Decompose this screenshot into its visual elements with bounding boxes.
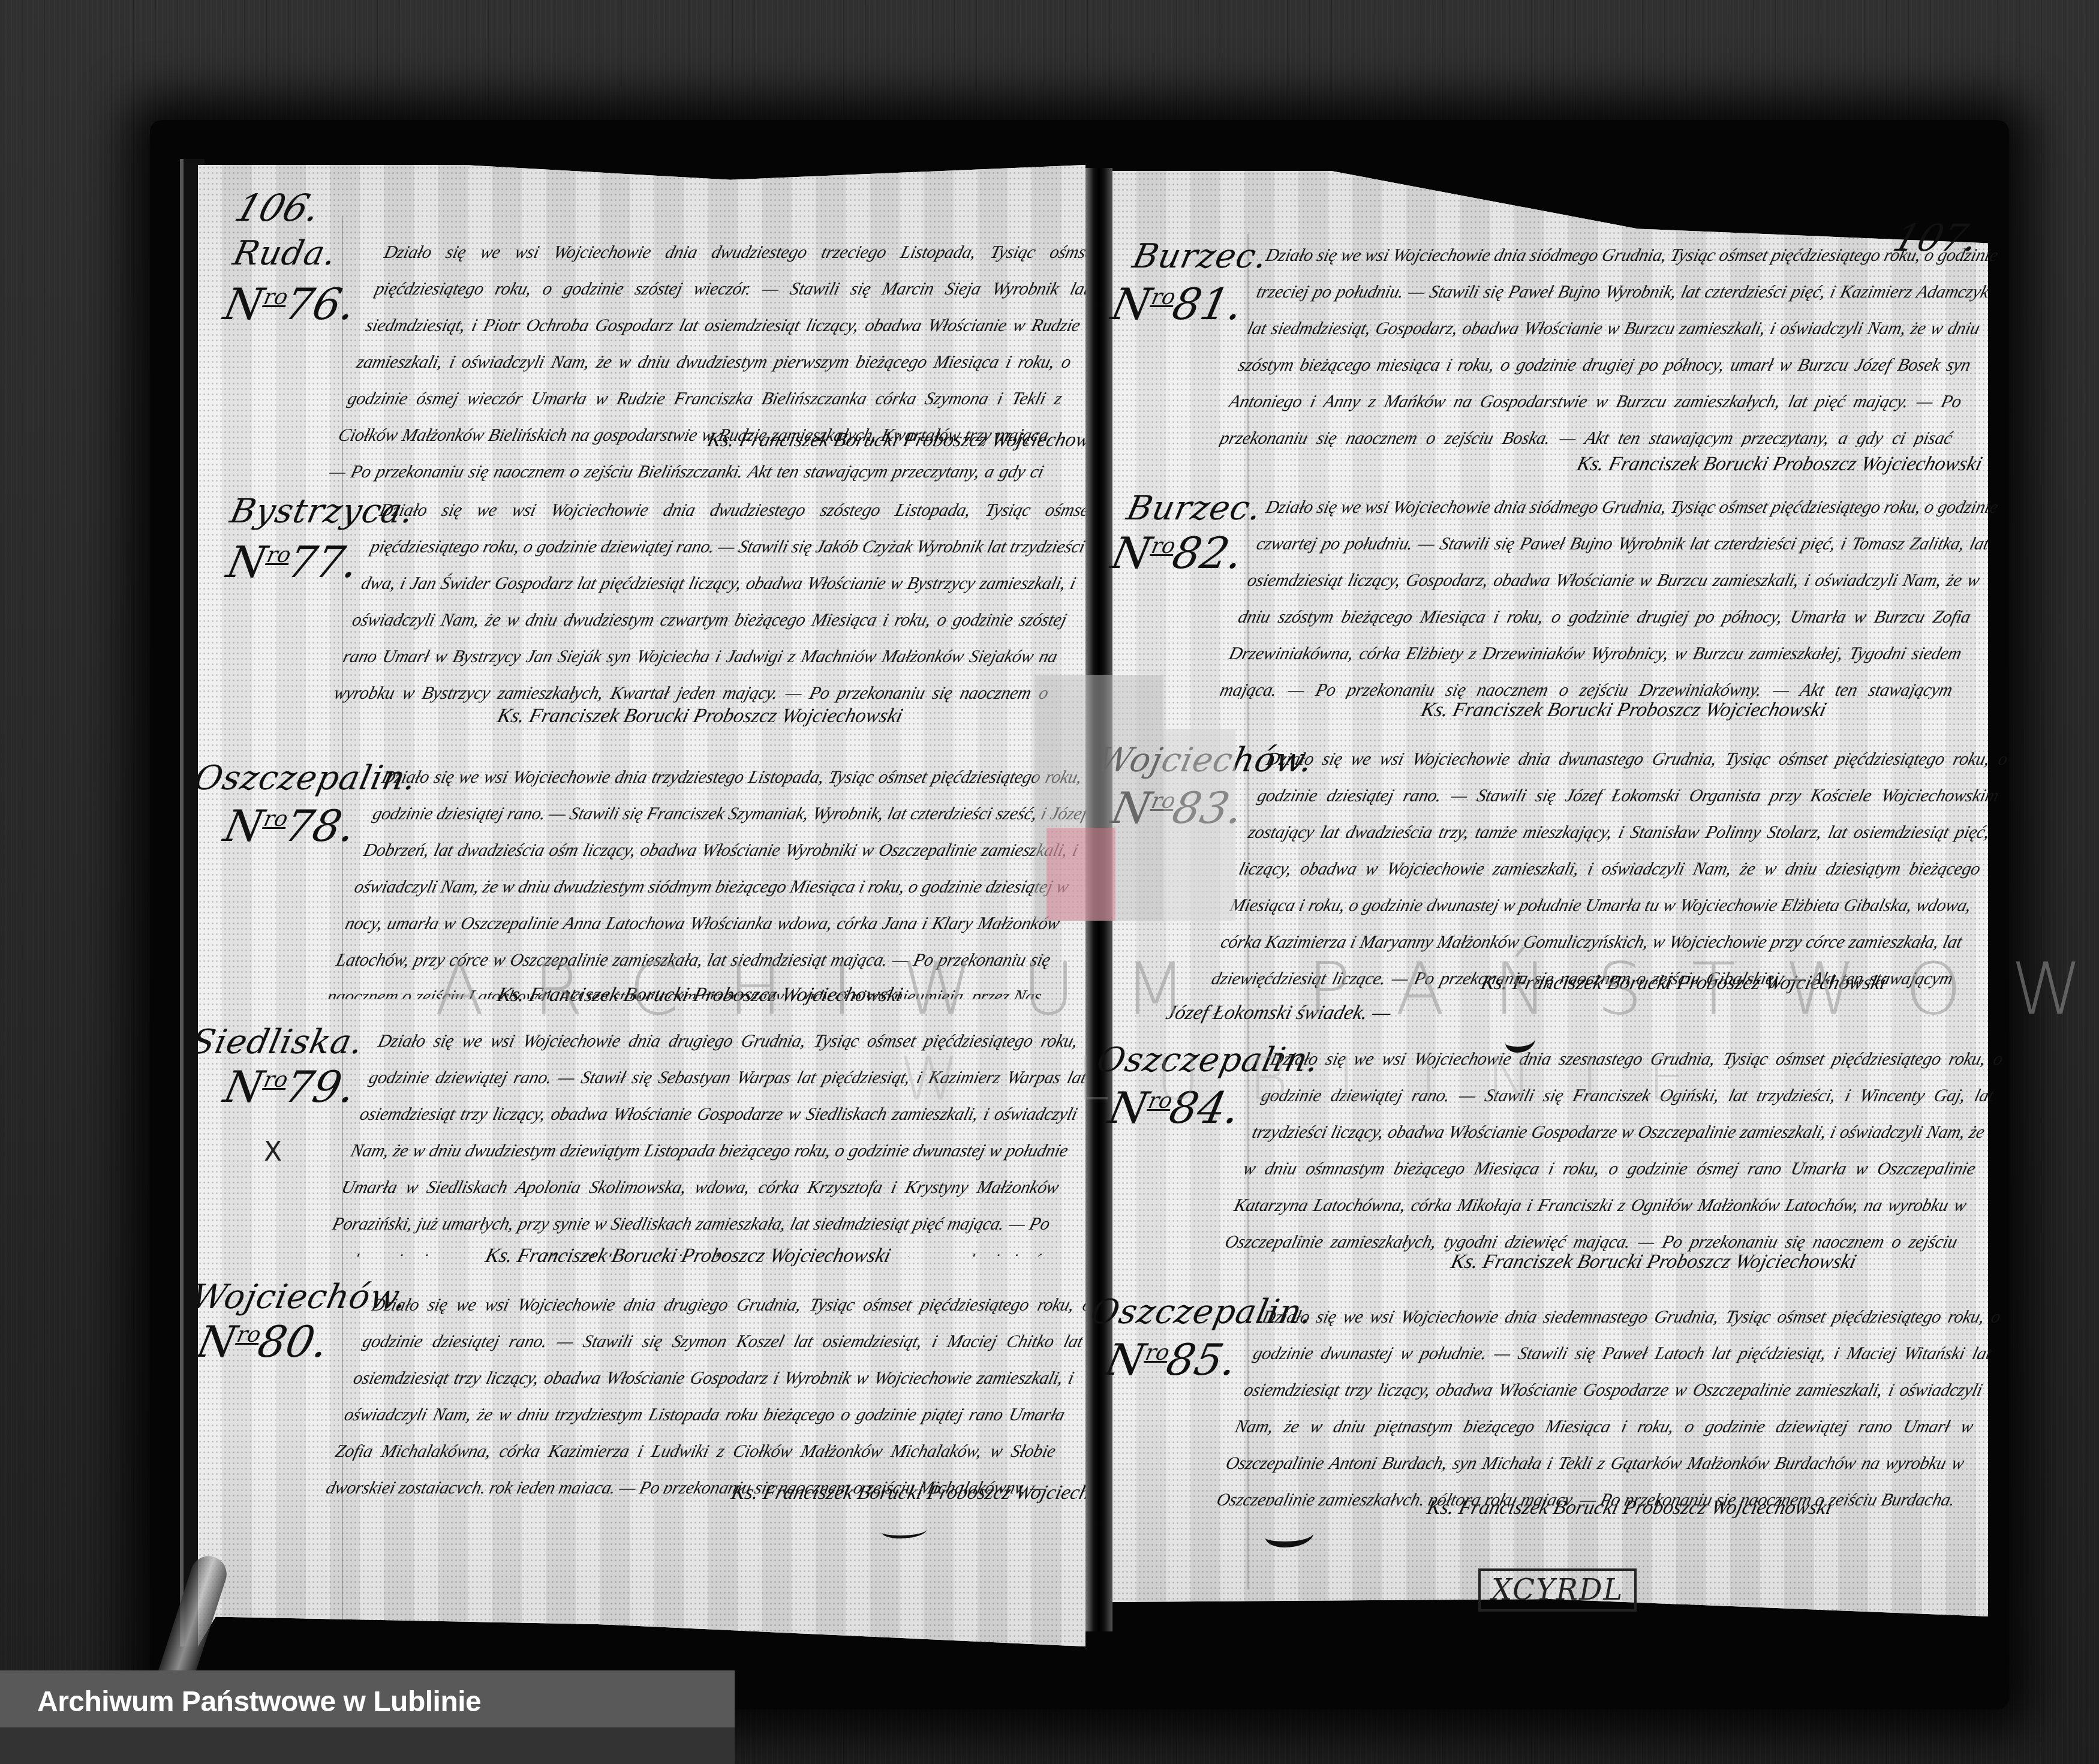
priest-signature: Ks. Franciszek Borucki Proboszcz Wojciec…	[1574, 453, 1984, 476]
entry-body-text: Działo się we wsi Wojciechowie dnia siód…	[1218, 489, 2002, 699]
watermark-line-2: W LUBLINIE	[900, 1044, 1735, 1114]
priest-signature: Ks. Franciszek Borucki Proboszcz Wojciec…	[705, 429, 1115, 452]
watermark-red-block	[1047, 828, 1115, 921]
number-value: 82.	[1168, 528, 1247, 578]
entry-number: Nro76.	[219, 279, 360, 329]
number-value: 79.	[281, 1062, 360, 1112]
entry-body-text: Działo się we wsi Wojciechowie dnia siód…	[1218, 237, 2002, 447]
left-page-number: 106.	[230, 186, 327, 230]
margin-x-mark: X	[264, 1137, 282, 1167]
entry-number: Nro85.	[1101, 1335, 1241, 1385]
priest-signature: Ks. Franciszek Borucki Proboszcz Wojciec…	[483, 1245, 893, 1267]
watermark-light-block	[1163, 729, 1235, 921]
priest-signature: Ks. Franciszek Borucki Proboszcz Wojciec…	[1424, 1496, 1835, 1519]
entry-place: Burzec.	[1123, 489, 1265, 528]
priest-signature: Ks. Franciszek Borucki Proboszcz Wojciec…	[729, 1481, 1139, 1504]
watermark-line-1: ARCHIWUM PAŃSTWOWE	[435, 948, 2099, 1031]
entry-place: Burzec.	[1129, 237, 1271, 276]
entry-body-text: Działo się we wsi Wojciechowie dnia dwud…	[324, 234, 1102, 492]
entry-body-text: Działo się we wsi Wojciechowie dnia drug…	[325, 1287, 1096, 1493]
entry-number: Nro79.	[219, 1062, 360, 1112]
entry-number: Nro81.	[1107, 279, 1247, 329]
archive-name-label: Archiwum Państwowe w Lublinie	[37, 1685, 481, 1718]
entry-number: Nro78.	[219, 801, 360, 851]
entry-body-text: Działo się we wsi Wojciechowie dnia sied…	[1216, 1299, 2005, 1505]
number-value: 76.	[281, 279, 360, 329]
entry-place: Siedliska.	[188, 1023, 367, 1062]
number-value: 80.	[254, 1317, 333, 1367]
entry-place: Ruda.	[230, 234, 340, 273]
entry-number: Nro77.	[222, 537, 363, 587]
entry-number: Nro80.	[193, 1317, 333, 1367]
number-value: 78.	[281, 801, 360, 851]
number-value: 81.	[1168, 279, 1247, 329]
archive-stamp: XCYRDL	[1478, 1568, 1637, 1612]
entry-number: Nro82.	[1107, 528, 1247, 578]
priest-signature: Ks. Franciszek Borucki Proboszcz Wojciec…	[1418, 699, 1829, 722]
number-value: 77.	[284, 537, 363, 587]
entry-body-text: Działo się we wsi Wojciechowie dnia dwud…	[329, 492, 1098, 714]
priest-signature: Ks. Franciszek Borucki Proboszcz Wojciec…	[495, 705, 905, 728]
number-value: 85.	[1162, 1335, 1241, 1385]
priest-signature: Ks. Franciszek Borucki Proboszcz Wojciec…	[1448, 1251, 1859, 1273]
